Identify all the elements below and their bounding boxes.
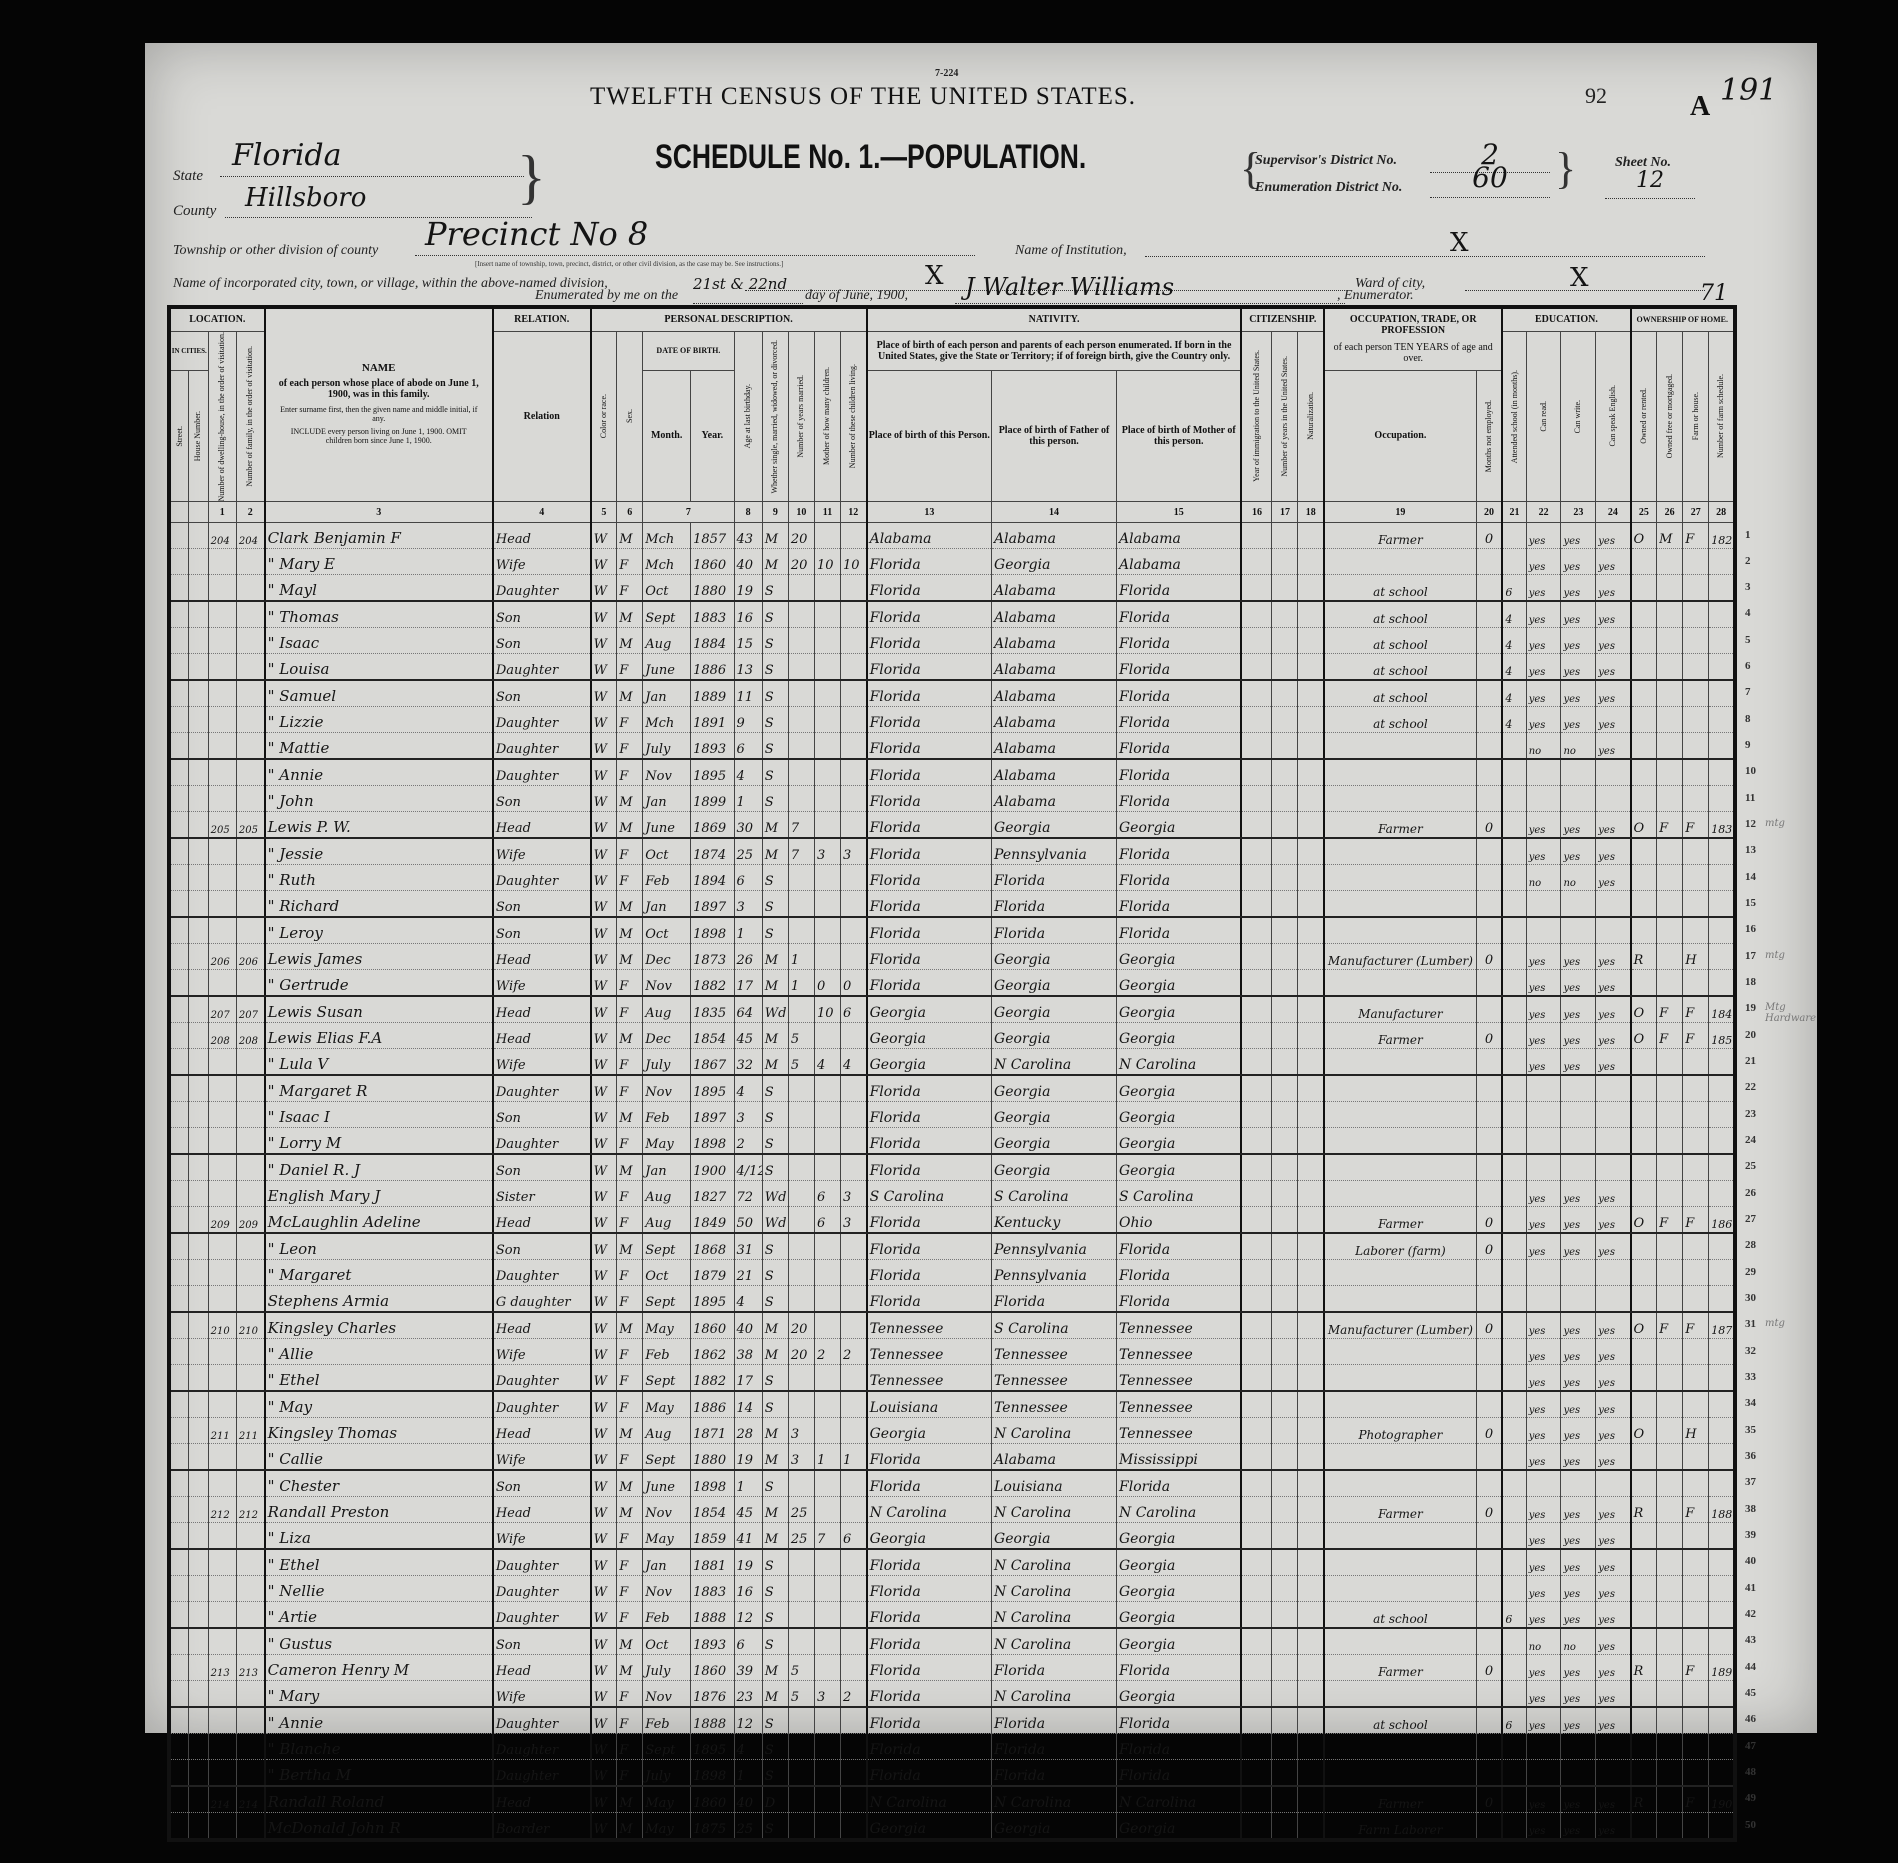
years-us-cell xyxy=(1272,733,1298,760)
months-unemployed-cell: 0 xyxy=(1476,1207,1502,1234)
sex-cell: F xyxy=(617,1075,643,1102)
line-number: 9 xyxy=(1745,739,1751,751)
group-location: LOCATION. xyxy=(169,307,265,331)
farm-schedule-cell xyxy=(1709,1286,1735,1313)
owned-rented-cell xyxy=(1631,1154,1657,1181)
speaks-english-cell xyxy=(1596,1734,1631,1760)
naturalization-cell xyxy=(1298,1549,1324,1576)
sex-cell: M xyxy=(617,917,643,944)
farm-house-cell xyxy=(1683,1628,1709,1655)
table-row: " Blanche Daughter W F Sept 1895 4 S Flo… xyxy=(169,1734,1735,1760)
birth-month-cell: July xyxy=(643,733,691,760)
age-cell: 30 xyxy=(734,812,762,839)
line-number: 34 xyxy=(1745,1397,1756,1409)
race-cell: W xyxy=(591,1154,617,1181)
speaks-english-cell: yes xyxy=(1596,1023,1631,1049)
sex-cell: F xyxy=(617,759,643,786)
birth-mother-cell: Florida xyxy=(1117,1655,1242,1681)
can-write-cell: yes xyxy=(1561,601,1596,628)
family-cell xyxy=(236,1681,264,1708)
owned-rented-cell xyxy=(1631,707,1657,733)
relation-cell: Wife xyxy=(493,1049,591,1076)
street-cell xyxy=(169,1602,189,1629)
line-number: 50 xyxy=(1745,1819,1756,1831)
mother-of-cell xyxy=(814,1497,840,1523)
table-row: " Allie Wife W F Feb 1862 38 M 20 2 2 Te… xyxy=(169,1339,1735,1365)
speaks-english-cell xyxy=(1596,1470,1631,1497)
children-living-cell xyxy=(841,917,867,944)
children-living-cell xyxy=(841,1707,867,1734)
farm-house-cell: H xyxy=(1683,1418,1709,1444)
house-number-cell xyxy=(189,865,209,891)
farm-house-cell xyxy=(1683,549,1709,575)
years-married-cell xyxy=(788,1470,814,1497)
school-months-cell xyxy=(1502,1128,1526,1155)
free-mortgaged-cell xyxy=(1657,628,1683,654)
years-married-cell xyxy=(788,1576,814,1602)
children-living-cell xyxy=(841,1786,867,1813)
birth-mother-cell: Georgia xyxy=(1117,1549,1242,1576)
owned-rented-cell: R xyxy=(1631,1655,1657,1681)
speaks-english-cell: yes xyxy=(1596,654,1631,681)
line-number: 6 xyxy=(1745,660,1751,672)
relation-cell: Head xyxy=(493,1312,591,1339)
owned-rented-cell xyxy=(1631,601,1657,628)
birth-father-cell: Georgia xyxy=(992,1023,1117,1049)
birth-year-cell: 1880 xyxy=(691,1444,734,1471)
birth-year-cell: 1876 xyxy=(691,1681,734,1708)
birth-father-cell: Alabama xyxy=(992,680,1117,707)
table-row: 214 214 Randall Roland Head W M May 1860… xyxy=(169,1786,1735,1813)
school-months-cell xyxy=(1502,1102,1526,1128)
years-us-cell xyxy=(1272,812,1298,839)
immigration-cell xyxy=(1241,1813,1271,1841)
naturalization-cell xyxy=(1298,1523,1324,1550)
col-occupation: Occupation. xyxy=(1324,370,1476,501)
table-row: " Mary E Wife W F Mch 1860 40 M 20 10 10… xyxy=(169,549,1735,575)
birth-mother-cell: Florida xyxy=(1117,838,1242,865)
free-mortgaged-cell xyxy=(1657,1444,1683,1471)
sex-cell: M xyxy=(617,1312,643,1339)
street-cell xyxy=(169,1628,189,1655)
speaks-english-cell: yes xyxy=(1596,1233,1631,1260)
dwelling-cell: 205 xyxy=(208,812,236,839)
street-cell xyxy=(169,1760,189,1787)
sex-cell: F xyxy=(617,1339,643,1365)
table-row: 207 207 Lewis Susan Head W F Aug 1835 64… xyxy=(169,996,1735,1023)
line-number: 38 xyxy=(1745,1503,1756,1515)
race-cell: W xyxy=(591,575,617,602)
farm-house-cell xyxy=(1683,1339,1709,1365)
mother-of-cell xyxy=(814,523,840,549)
speaks-english-cell: yes xyxy=(1596,812,1631,839)
free-mortgaged-cell xyxy=(1657,1286,1683,1313)
years-married-cell xyxy=(788,1128,814,1155)
mother-of-cell xyxy=(814,944,840,970)
col-months-unemployed: Months not employed. xyxy=(1476,370,1502,501)
sex-cell: F xyxy=(617,865,643,891)
can-write-cell xyxy=(1561,1154,1596,1181)
years-married-cell xyxy=(788,1233,814,1260)
months-unemployed-cell xyxy=(1476,1391,1502,1418)
birth-month-cell: Feb xyxy=(643,1339,691,1365)
family-cell xyxy=(236,1260,264,1286)
immigration-cell xyxy=(1241,1470,1271,1497)
relation-cell: Son xyxy=(493,680,591,707)
farm-schedule-cell xyxy=(1709,1760,1735,1787)
street-cell xyxy=(169,1181,189,1207)
sex-cell: M xyxy=(617,1786,643,1813)
occupation-cell xyxy=(1324,1128,1476,1155)
dwelling-cell xyxy=(208,1233,236,1260)
months-unemployed-cell: 0 xyxy=(1476,1418,1502,1444)
school-months-cell xyxy=(1502,1681,1526,1708)
can-write-cell: no xyxy=(1561,865,1596,891)
speaks-english-cell: yes xyxy=(1596,1181,1631,1207)
birth-father-cell: Pennsylvania xyxy=(992,1260,1117,1286)
farm-house-cell xyxy=(1683,1075,1709,1102)
schedule-title: SCHEDULE No. 1.—POPULATION. xyxy=(655,138,1086,177)
relation-cell: Head xyxy=(493,996,591,1023)
can-write-cell xyxy=(1561,917,1596,944)
sex-cell: M xyxy=(617,1628,643,1655)
birth-person-cell: Florida xyxy=(867,1102,992,1128)
col-relation: Relation xyxy=(493,331,591,502)
mother-of-cell xyxy=(814,1707,840,1734)
age-cell: 19 xyxy=(734,1549,762,1576)
children-living-cell xyxy=(841,680,867,707)
relation-cell: Son xyxy=(493,601,591,628)
naturalization-cell xyxy=(1298,654,1324,681)
name-cell: " Annie xyxy=(265,759,493,786)
years-married-cell xyxy=(788,707,814,733)
age-cell: 16 xyxy=(734,1576,762,1602)
years-us-cell xyxy=(1272,759,1298,786)
years-us-cell xyxy=(1272,891,1298,918)
mother-of-cell: 2 xyxy=(814,1339,840,1365)
school-months-cell xyxy=(1502,1444,1526,1471)
name-cell: " John xyxy=(265,786,493,812)
immigration-cell xyxy=(1241,1075,1271,1102)
birth-person-cell: Georgia xyxy=(867,1023,992,1049)
name-cell: " Lizzie xyxy=(265,707,493,733)
farm-house-cell xyxy=(1683,654,1709,681)
speaks-english-cell: yes xyxy=(1596,1523,1631,1550)
birth-mother-cell: Georgia xyxy=(1117,1102,1242,1128)
race-cell: W xyxy=(591,628,617,654)
speaks-english-cell: yes xyxy=(1596,575,1631,602)
family-cell xyxy=(236,1286,264,1313)
immigration-cell xyxy=(1241,891,1271,918)
farm-house-cell xyxy=(1683,1760,1709,1787)
relation-cell: Wife xyxy=(493,1339,591,1365)
occupation-cell: at school xyxy=(1324,1602,1476,1629)
name-cell: McDonald John R xyxy=(265,1813,493,1841)
birth-father-cell: Alabama xyxy=(992,1444,1117,1471)
owned-rented-cell xyxy=(1631,680,1657,707)
mother-of-cell: 4 xyxy=(814,1049,840,1076)
marital-cell: M xyxy=(762,1023,788,1049)
farm-house-cell xyxy=(1683,628,1709,654)
birth-year-cell: 1883 xyxy=(691,601,734,628)
col-birth-person: Place of birth of this Person. xyxy=(867,370,992,501)
table-row: 209 209 McLaughlin Adeline Head W F Aug … xyxy=(169,1207,1735,1234)
street-cell xyxy=(169,1444,189,1471)
street-cell xyxy=(169,1734,189,1760)
name-cell: " May xyxy=(265,1391,493,1418)
birth-person-cell: Florida xyxy=(867,1760,992,1787)
months-unemployed-cell xyxy=(1476,575,1502,602)
farm-schedule-cell: 186 xyxy=(1709,1207,1735,1234)
occupation-cell xyxy=(1324,1523,1476,1550)
farm-house-cell xyxy=(1683,786,1709,812)
marital-cell: S xyxy=(762,628,788,654)
months-unemployed-cell: 0 xyxy=(1476,1312,1502,1339)
street-cell xyxy=(169,1233,189,1260)
farm-house-cell xyxy=(1683,707,1709,733)
owned-rented-cell xyxy=(1631,1576,1657,1602)
relation-cell: G daughter xyxy=(493,1286,591,1313)
birth-father-cell: Alabama xyxy=(992,523,1117,549)
name-cell: " Mayl xyxy=(265,575,493,602)
sex-cell: F xyxy=(617,1128,643,1155)
birth-mother-cell: Georgia xyxy=(1117,944,1242,970)
school-months-cell xyxy=(1502,1418,1526,1444)
family-cell: 214 xyxy=(236,1786,264,1813)
months-unemployed-cell xyxy=(1476,1154,1502,1181)
children-living-cell: 0 xyxy=(841,970,867,997)
col-years-married: Number of years married. xyxy=(788,331,814,502)
sheet-field: 12 xyxy=(1605,168,1695,199)
months-unemployed-cell xyxy=(1476,1760,1502,1787)
farm-schedule-cell: 189 xyxy=(1709,1655,1735,1681)
family-cell xyxy=(236,1049,264,1076)
years-married-cell xyxy=(788,1154,814,1181)
sex-cell: M xyxy=(617,786,643,812)
farm-schedule-cell xyxy=(1709,1523,1735,1550)
race-cell: W xyxy=(591,759,617,786)
years-married-cell xyxy=(788,917,814,944)
sex-cell: M xyxy=(617,680,643,707)
birth-year-cell: 1835 xyxy=(691,996,734,1023)
age-cell: 19 xyxy=(734,575,762,602)
naturalization-cell xyxy=(1298,1391,1324,1418)
birth-mother-cell: Florida xyxy=(1117,891,1242,918)
naturalization-cell xyxy=(1298,1576,1324,1602)
race-cell: W xyxy=(591,1602,617,1629)
birth-father-cell: Georgia xyxy=(992,1102,1117,1128)
county-field: Hillsboro xyxy=(225,183,532,218)
relation-cell: Wife xyxy=(493,1523,591,1550)
farm-schedule-cell xyxy=(1709,944,1735,970)
owned-rented-cell xyxy=(1631,1075,1657,1102)
school-months-cell xyxy=(1502,759,1526,786)
birth-mother-cell: Florida xyxy=(1117,707,1242,733)
can-read-cell xyxy=(1526,917,1561,944)
can-read-cell: yes xyxy=(1526,1391,1561,1418)
years-us-cell xyxy=(1272,601,1298,628)
months-unemployed-cell xyxy=(1476,1734,1502,1760)
relation-cell: Son xyxy=(493,917,591,944)
farm-schedule-cell xyxy=(1709,628,1735,654)
years-married-cell xyxy=(788,575,814,602)
table-row: " Mary Wife W F Nov 1876 23 M 5 3 2 Flor… xyxy=(169,1681,1735,1708)
name-cell: " Louisa xyxy=(265,654,493,681)
mother-of-cell xyxy=(814,1628,840,1655)
birth-mother-cell: Georgia xyxy=(1117,1602,1242,1629)
can-read-cell: yes xyxy=(1526,812,1561,839)
birth-month-cell: Oct xyxy=(643,1628,691,1655)
birth-person-cell: Florida xyxy=(867,865,992,891)
years-us-cell xyxy=(1272,1286,1298,1313)
farm-schedule-cell xyxy=(1709,601,1735,628)
speaks-english-cell: yes xyxy=(1596,1207,1631,1234)
marital-cell: S xyxy=(762,1470,788,1497)
children-living-cell xyxy=(841,1655,867,1681)
dwelling-cell xyxy=(208,1576,236,1602)
immigration-cell xyxy=(1241,601,1271,628)
line-number: 37 xyxy=(1745,1476,1756,1488)
farm-house-cell xyxy=(1683,1154,1709,1181)
birth-year-cell: 1854 xyxy=(691,1023,734,1049)
name-cell: Randall Preston xyxy=(265,1497,493,1523)
school-months-cell xyxy=(1502,1023,1526,1049)
race-cell: W xyxy=(591,1023,617,1049)
marital-cell: S xyxy=(762,1391,788,1418)
farm-house-cell xyxy=(1683,1602,1709,1629)
months-unemployed-cell xyxy=(1476,1365,1502,1392)
children-living-cell: 1 xyxy=(841,1444,867,1471)
immigration-cell xyxy=(1241,628,1271,654)
months-unemployed-cell xyxy=(1476,1813,1502,1841)
mother-of-cell xyxy=(814,1813,840,1841)
naturalization-cell xyxy=(1298,865,1324,891)
farm-schedule-cell xyxy=(1709,1813,1735,1841)
owned-rented-cell xyxy=(1631,1391,1657,1418)
age-cell: 16 xyxy=(734,601,762,628)
birth-father-cell: Pennsylvania xyxy=(992,838,1117,865)
street-cell xyxy=(169,1128,189,1155)
farm-schedule-cell xyxy=(1709,1049,1735,1076)
relation-cell: Daughter xyxy=(493,1075,591,1102)
sex-cell: F xyxy=(617,1049,643,1076)
can-read-cell: yes xyxy=(1526,996,1561,1023)
line-number: 1 xyxy=(1745,529,1751,541)
children-living-cell xyxy=(841,1154,867,1181)
name-cell: " Gustus xyxy=(265,1628,493,1655)
marital-cell: S xyxy=(762,1365,788,1392)
birth-month-cell: May xyxy=(643,1523,691,1550)
birth-month-cell: Jan xyxy=(643,1154,691,1181)
free-mortgaged-cell xyxy=(1657,1813,1683,1841)
census-sheet: 7-224 TWELFTH CENSUS OF THE UNITED STATE… xyxy=(145,43,1817,1733)
can-read-cell: yes xyxy=(1526,1707,1561,1734)
years-married-cell xyxy=(788,680,814,707)
years-us-cell xyxy=(1272,1154,1298,1181)
street-cell xyxy=(169,1207,189,1234)
race-cell: W xyxy=(591,1628,617,1655)
birth-person-cell: Florida xyxy=(867,1549,992,1576)
mother-of-cell: 10 xyxy=(814,996,840,1023)
can-read-cell xyxy=(1526,1470,1561,1497)
race-cell: W xyxy=(591,812,617,839)
birth-month-cell: Feb xyxy=(643,865,691,891)
occupation-cell xyxy=(1324,1365,1476,1392)
can-read-cell: no xyxy=(1526,865,1561,891)
marital-cell: M xyxy=(762,812,788,839)
occupation-cell: Farmer xyxy=(1324,1023,1476,1049)
school-months-cell xyxy=(1502,838,1526,865)
age-cell: 41 xyxy=(734,1523,762,1550)
house-number-cell xyxy=(189,601,209,628)
birth-year-cell: 1888 xyxy=(691,1707,734,1734)
children-living-cell: 6 xyxy=(841,996,867,1023)
line-number: 17 xyxy=(1745,950,1756,962)
birth-month-cell: Aug xyxy=(643,628,691,654)
owned-rented-cell xyxy=(1631,1339,1657,1365)
can-write-cell: yes xyxy=(1561,944,1596,970)
children-living-cell xyxy=(841,1734,867,1760)
family-cell xyxy=(236,917,264,944)
birth-mother-cell: Florida xyxy=(1117,1233,1242,1260)
birth-month-cell: Oct xyxy=(643,917,691,944)
enumeration-field: 60 xyxy=(1430,161,1550,198)
school-months-cell xyxy=(1502,1734,1526,1760)
sex-cell: M xyxy=(617,1023,643,1049)
mother-of-cell xyxy=(814,1418,840,1444)
line-number: 4 xyxy=(1745,607,1751,619)
name-cell: English Mary J xyxy=(265,1181,493,1207)
dwelling-cell xyxy=(208,733,236,760)
col-read: Can read. xyxy=(1526,331,1561,502)
years-us-cell xyxy=(1272,1312,1298,1339)
township-note: [Insert name of township, town, precinct… xyxy=(475,260,783,268)
school-months-cell xyxy=(1502,1470,1526,1497)
group-name: NAME of each person whose place of abode… xyxy=(265,307,493,502)
relation-cell: Daughter xyxy=(493,1760,591,1787)
relation-cell: Boarder xyxy=(493,1813,591,1841)
family-cell xyxy=(236,865,264,891)
street-cell xyxy=(169,838,189,865)
birth-person-cell: Tennessee xyxy=(867,1312,992,1339)
house-number-cell xyxy=(189,1470,209,1497)
can-read-cell: yes xyxy=(1526,838,1561,865)
marital-cell: S xyxy=(762,1233,788,1260)
years-us-cell xyxy=(1272,1102,1298,1128)
table-row: " Gustus Son W M Oct 1893 6 S Florida N … xyxy=(169,1628,1735,1655)
house-number-cell xyxy=(189,970,209,997)
school-months-cell xyxy=(1502,996,1526,1023)
name-cell: Randall Roland xyxy=(265,1786,493,1813)
free-mortgaged-cell xyxy=(1657,1391,1683,1418)
col-farm-house: Farm or house. xyxy=(1683,331,1709,502)
children-living-cell xyxy=(841,786,867,812)
occupation-cell: Farmer xyxy=(1324,812,1476,839)
race-cell: W xyxy=(591,1681,617,1708)
speaks-english-cell xyxy=(1596,786,1631,812)
immigration-cell xyxy=(1241,1023,1271,1049)
immigration-cell xyxy=(1241,1497,1271,1523)
street-cell xyxy=(169,1365,189,1392)
naturalization-cell xyxy=(1298,1312,1324,1339)
birth-year-cell: 1891 xyxy=(691,707,734,733)
occupation-cell: Farmer xyxy=(1324,1786,1476,1813)
years-us-cell xyxy=(1272,970,1298,997)
name-cell: " Chester xyxy=(265,1470,493,1497)
children-living-cell xyxy=(841,1628,867,1655)
years-us-cell xyxy=(1272,575,1298,602)
line-number: 15 xyxy=(1745,897,1756,909)
